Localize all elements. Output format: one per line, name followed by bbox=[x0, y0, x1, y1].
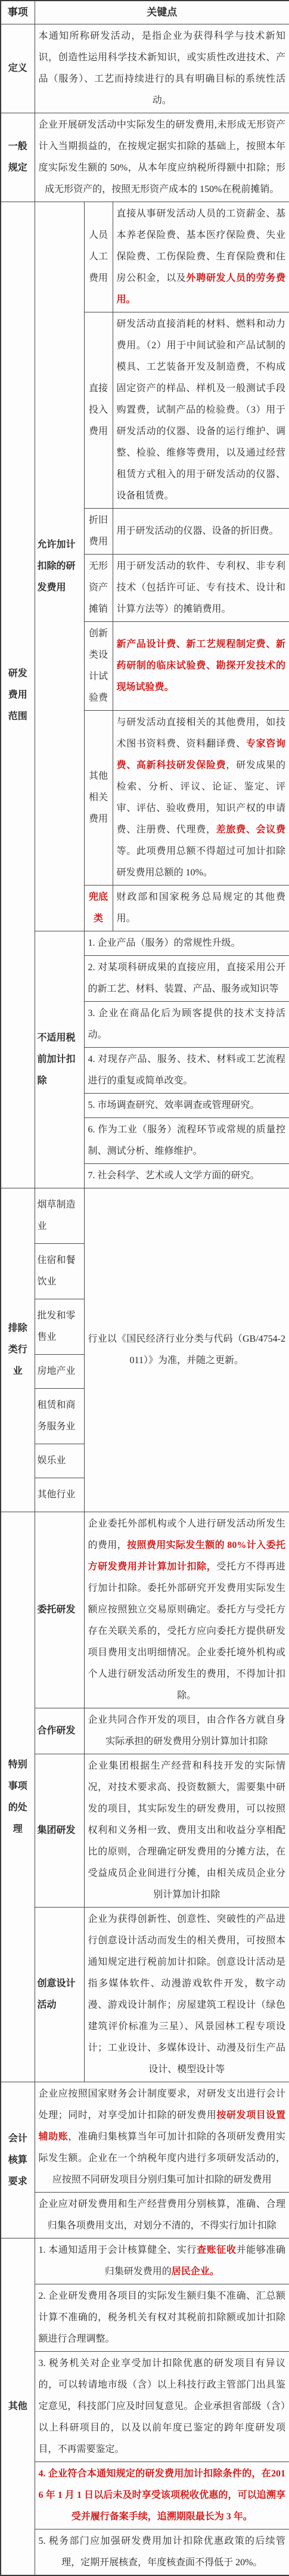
row-special-entrusted: 特别事项的处理 委托研发 企业委托外部机构或个人进行研发活动所发生的费用，按照费… bbox=[1, 1512, 289, 1708]
industry-wholesale-retail: 批发和零售业 bbox=[35, 1299, 84, 1355]
body-text: ，准确归集核算当年可加计扣除的各项研发费用实际发生额。企业在一个纳税年度内进行多… bbox=[39, 2132, 286, 2185]
innovation-design-text: 新产品设计费、新工艺规程制定费、新药研制的临床试验费、勘探开发技术的现场试验费。 bbox=[113, 622, 289, 711]
industries-note: 行业以《国民经济行业分类与代码（GB/4754-2011）》为准，并随之更新。 bbox=[84, 1188, 289, 1512]
excluded-item-2: 2. 对某项科研成果的直接应用，直接采用公开的新工艺、材料、装置、产品、服务或知… bbox=[84, 956, 289, 1002]
row-excluded-1: 不适用税前加计扣除 1. 企业产品（服务）的常规性升级。 bbox=[1, 931, 289, 956]
body-text: 用于研发活动的软件、专利权、非专利技术（包括许可证、专有技术、设计和计算方法等）… bbox=[117, 561, 286, 614]
industries-section-label: 排除类行业 bbox=[1, 1188, 35, 1512]
body-text: 财政部和国家税务总局规定的其他费用。 bbox=[117, 892, 286, 924]
body-text: 企业应对研发费用和生产经营费用分别核算，准确、合理归集各项费用支出，对划分不清的… bbox=[39, 2199, 286, 2231]
row-special-group: 集团研发 企业集团根据生产经营和科技开发的实际情况，对技术要求高、投资数额大，需… bbox=[1, 1754, 289, 1908]
highlighted-text: 查账征收 bbox=[197, 2245, 236, 2255]
creative-design-text: 企业为获得创新性、创意性、突破性的产品进行创意设计活动而发生的相关费用，可按照本… bbox=[84, 1908, 289, 2082]
excluded-item-3: 3. 企业在商品化后为顾客提供的技术支持活动。 bbox=[84, 1002, 289, 1048]
others-section-label: 其他 bbox=[1, 2238, 35, 2576]
excluded-item-4: 4. 对现存产品、服务、技术、材料或工艺流程进行的重复或简单改变。 bbox=[84, 1048, 289, 1094]
excluded-item-5: 5. 市场调查研究、效率调查或管理研究。 bbox=[84, 1094, 289, 1118]
body-text: 研发活动直接消耗的材料、燃料和动力费用。（2）用于中间试验和产品试制的模具、工艺… bbox=[117, 319, 286, 501]
rd-expense-deduction-table: 事项 关键点 定义 本通知所称研发活动，是指企业为获得科学与技术新知识，创造性运… bbox=[0, 0, 289, 2576]
industry-entertainment: 娱乐业 bbox=[35, 1444, 84, 1478]
row-other-1: 其他 1. 本通知适用于会计核算健全、实行查账征收并能够准确归集研发费用的居民企… bbox=[1, 2238, 289, 2284]
catchall-label: 兜底类 bbox=[84, 885, 113, 931]
body-text: 5. 税务部门应加强研发费用加计扣除优惠政策的后续管理，定期开展核查，年度核查面… bbox=[39, 2536, 286, 2568]
body-text: 2. 企业研发费用各项目的实际发生额归集不准确、汇总额计算不准确的，税务机关有权… bbox=[39, 2291, 286, 2344]
highlighted-text: 新产品设计费、新工艺规程制定费、新药研制的临床试验费、勘探开发技术的现场试验费。 bbox=[117, 639, 286, 692]
other-item-2: 2. 企业研发费用各项目的实际发生额归集不准确、汇总额计算不准确的，税务机关有权… bbox=[35, 2284, 289, 2352]
body-text: 直接从事研发活动人员的工资薪金、基本养老保险费、基本医疗保险费、失业保险费、工伤… bbox=[117, 209, 286, 283]
entrusted-rd-label: 委托研发 bbox=[35, 1512, 84, 1708]
body-text: 企业为获得创新性、创意性、突破性的产品进行创意设计活动而发生的相关费用，可按照本… bbox=[88, 1914, 286, 2075]
other-related-text: 与研发活动直接相关的其他费用，如技术图书资料费、资料翻译费、专家咨询费、高新科技… bbox=[113, 711, 289, 885]
row-accounting-1: 会计核算要求 企业应按照国家财务会计制度要求，对研发支出进行会计处理；同时，对享… bbox=[1, 2082, 289, 2193]
row-other-5: 5. 税务部门应加强研发费用加计扣除优惠政策的后续管理，定期开展核查，年度核查面… bbox=[1, 2529, 289, 2576]
other-item-1: 1. 本通知适用于会计核算健全、实行查账征收并能够准确归集研发费用的居民企业。 bbox=[35, 2238, 289, 2284]
cooperative-rd-text: 企业共同合作开发的项目，由合作各方就自身实际承担的研发费用分别计算加计扣除 bbox=[84, 1708, 289, 1754]
industry-real-estate: 房地产业 bbox=[35, 1355, 84, 1389]
accounting-section-label: 会计核算要求 bbox=[1, 2082, 35, 2238]
special-section-label: 特别事项的处理 bbox=[1, 1512, 35, 2082]
body-text: 用于研发活动的仪器、设备的折旧费。 bbox=[117, 526, 279, 536]
row-definition: 定义 本通知所称研发活动，是指企业为获得科学与技术新知识，创造性运用科学技术新知… bbox=[1, 24, 289, 113]
personnel-cost-label: 人员人工费用 bbox=[84, 202, 113, 312]
industry-other: 其他行业 bbox=[35, 1478, 84, 1512]
definition-label: 定义 bbox=[1, 24, 35, 113]
excluded-sublabel: 不适用税前加计扣除 bbox=[35, 931, 84, 1188]
general-rule-label: 一般规定 bbox=[1, 113, 35, 202]
direct-input-text: 研发活动直接消耗的材料、燃料和动力费用。（2）用于中间试验和产品试制的模具、工艺… bbox=[113, 312, 289, 509]
personnel-cost-text: 直接从事研发活动人员的工资薪金、基本养老保险费、基本医疗保险费、失业保险费、工伤… bbox=[113, 202, 289, 312]
header-item: 事项 bbox=[1, 1, 35, 24]
body-text: 1. 本通知适用于会计核算健全、实行 bbox=[39, 2245, 197, 2255]
catchall-text: 财政部和国家税务总局规定的其他费用。 bbox=[113, 885, 289, 931]
amortization-label: 无形资产摊销 bbox=[84, 555, 113, 622]
body-text: ，研发成果的检索、分析、评议、论证、鉴定、评审、评估、验收费用，知识产权的申请费… bbox=[117, 760, 286, 835]
definition-text: 本通知所称研发活动，是指企业为获得科学与技术新知识，创造性运用科学技术新知识，或… bbox=[35, 24, 289, 113]
row-allowed-personnel: 研发费用范围 允许加计扣除的研发费用 人员人工费用 直接从事研发活动人员的工资薪… bbox=[1, 202, 289, 312]
direct-input-label: 直接投入费用 bbox=[84, 312, 113, 509]
group-rd-label: 集团研发 bbox=[35, 1754, 84, 1908]
accounting-text-1: 企业应按照国家财务会计制度要求，对研发支出进行会计处理；同时，对享受加计扣除的研… bbox=[35, 2082, 289, 2193]
depreciation-label: 折旧费用 bbox=[84, 509, 113, 555]
accounting-text-2: 企业应对研发费用和生产经营费用分别核算，准确、合理归集各项费用支出，对划分不清的… bbox=[35, 2193, 289, 2238]
header-keypoint: 关键点 bbox=[35, 1, 289, 24]
header-row: 事项 关键点 bbox=[1, 1, 289, 24]
cooperative-rd-label: 合作研发 bbox=[35, 1708, 84, 1754]
highlighted-text: 4. 企业符合本通知规定的研发费用加计扣除条件的，在2016 年 1 月 1 日… bbox=[39, 2469, 286, 2522]
excluded-item-7: 7. 社会科学、艺术或人文学方面的研究。 bbox=[84, 1164, 289, 1188]
row-other-4: 4. 企业符合本通知规定的研发费用加计扣除条件的，在2016 年 1 月 1 日… bbox=[1, 2462, 289, 2529]
depreciation-text: 用于研发活动的仪器、设备的折旧费。 bbox=[113, 509, 289, 555]
row-other-3: 3. 税务机关对企业享受加计扣除优惠的研发项目有异议的，可以转请地市级（含）以上… bbox=[1, 2352, 289, 2462]
row-industry-1: 排除类行业 烟草制造业 行业以《国民经济行业分类与代码（GB/4754-2011… bbox=[1, 1188, 289, 1244]
allowed-sublabel: 允许加计扣除的研发费用 bbox=[35, 202, 84, 931]
body-text: 企业集团根据生产经营和科技开发的实际情况，对技术要求高、投资数额大，需要集中研发… bbox=[88, 1761, 286, 1900]
entrusted-rd-text: 企业委托外部机构或个人进行研发活动所发生的费用，按照费用实际发生额的 80%计入… bbox=[84, 1512, 289, 1708]
row-general-rule: 一般规定 企业开展研发活动中实际发生的研发费用,未形成无形资产计入当期损益的，在… bbox=[1, 113, 289, 202]
row-special-cooperative: 合作研发 企业共同合作开发的项目，由合作各方就自身实际承担的研发费用分别计算加计… bbox=[1, 1708, 289, 1754]
innovation-design-label: 创新类设计试验费 bbox=[84, 622, 113, 711]
row-accounting-2: 企业应对研发费用和生产经营费用分别核算，准确、合理归集各项费用支出，对划分不清的… bbox=[1, 2193, 289, 2238]
highlighted-text: 差旅费、会议费 bbox=[216, 825, 285, 835]
body-text: 3. 税务机关对企业享受加计扣除优惠的研发项目有异议的，可以转请地市级（含）以上… bbox=[39, 2358, 286, 2454]
other-item-4: 4. 企业符合本通知规定的研发费用加计扣除条件的，在2016 年 1 月 1 日… bbox=[35, 2462, 289, 2529]
scope-section-label: 研发费用范围 bbox=[1, 202, 35, 1188]
industry-tobacco: 烟草制造业 bbox=[35, 1188, 84, 1244]
industry-lodging-catering: 住宿和餐饮业 bbox=[35, 1244, 84, 1299]
body-text: 等。此项费用总额不得超过可加计扣除研发费用总额的 10%。 bbox=[117, 846, 286, 878]
industry-leasing-business-services: 租赁和商务服务业 bbox=[35, 1389, 84, 1444]
row-special-creative-design: 创意设计活动 企业为获得创新性、创意性、突破性的产品进行创意设计活动而发生的相关… bbox=[1, 1908, 289, 2082]
excluded-item-6: 6. 作为工业（服务）流程环节或常规的质量控制、测试分析、维修维护。 bbox=[84, 1118, 289, 1164]
general-rule-text: 企业开展研发活动中实际发生的研发费用,未形成无形资产计入当期损益的，在按规定据实… bbox=[35, 113, 289, 202]
amortization-text: 用于研发活动的软件、专利权、非专利技术（包括许可证、专有技术、设计和计算方法等）… bbox=[113, 555, 289, 622]
creative-design-label: 创意设计活动 bbox=[35, 1908, 84, 2082]
highlighted-text: 居民企业。 bbox=[172, 2267, 219, 2277]
excluded-item-1: 1. 企业产品（服务）的常规性升级。 bbox=[84, 931, 289, 956]
row-other-2: 2. 企业研发费用各项目的实际发生额归集不准确、汇总额计算不准确的，税务机关有权… bbox=[1, 2284, 289, 2352]
group-rd-text: 企业集团根据生产经营和科技开发的实际情况，对技术要求高、投资数额大，需要集中研发… bbox=[84, 1754, 289, 1908]
other-item-3: 3. 税务机关对企业享受加计扣除优惠的研发项目有异议的，可以转请地市级（含）以上… bbox=[35, 2352, 289, 2462]
other-related-label: 其他相关费用 bbox=[84, 711, 113, 885]
body-text: 受托方不得再进行加计扣除。委托外部研究开发费用实际发生额应按照独立交易原则确定。… bbox=[88, 1562, 286, 1701]
body-text: 企业共同合作开发的项目，由合作各方就自身实际承担的研发费用分别计算加计扣除 bbox=[88, 1715, 286, 1747]
other-item-5: 5. 税务部门应加强研发费用加计扣除优惠政策的后续管理，定期开展核查，年度核查面… bbox=[35, 2529, 289, 2576]
